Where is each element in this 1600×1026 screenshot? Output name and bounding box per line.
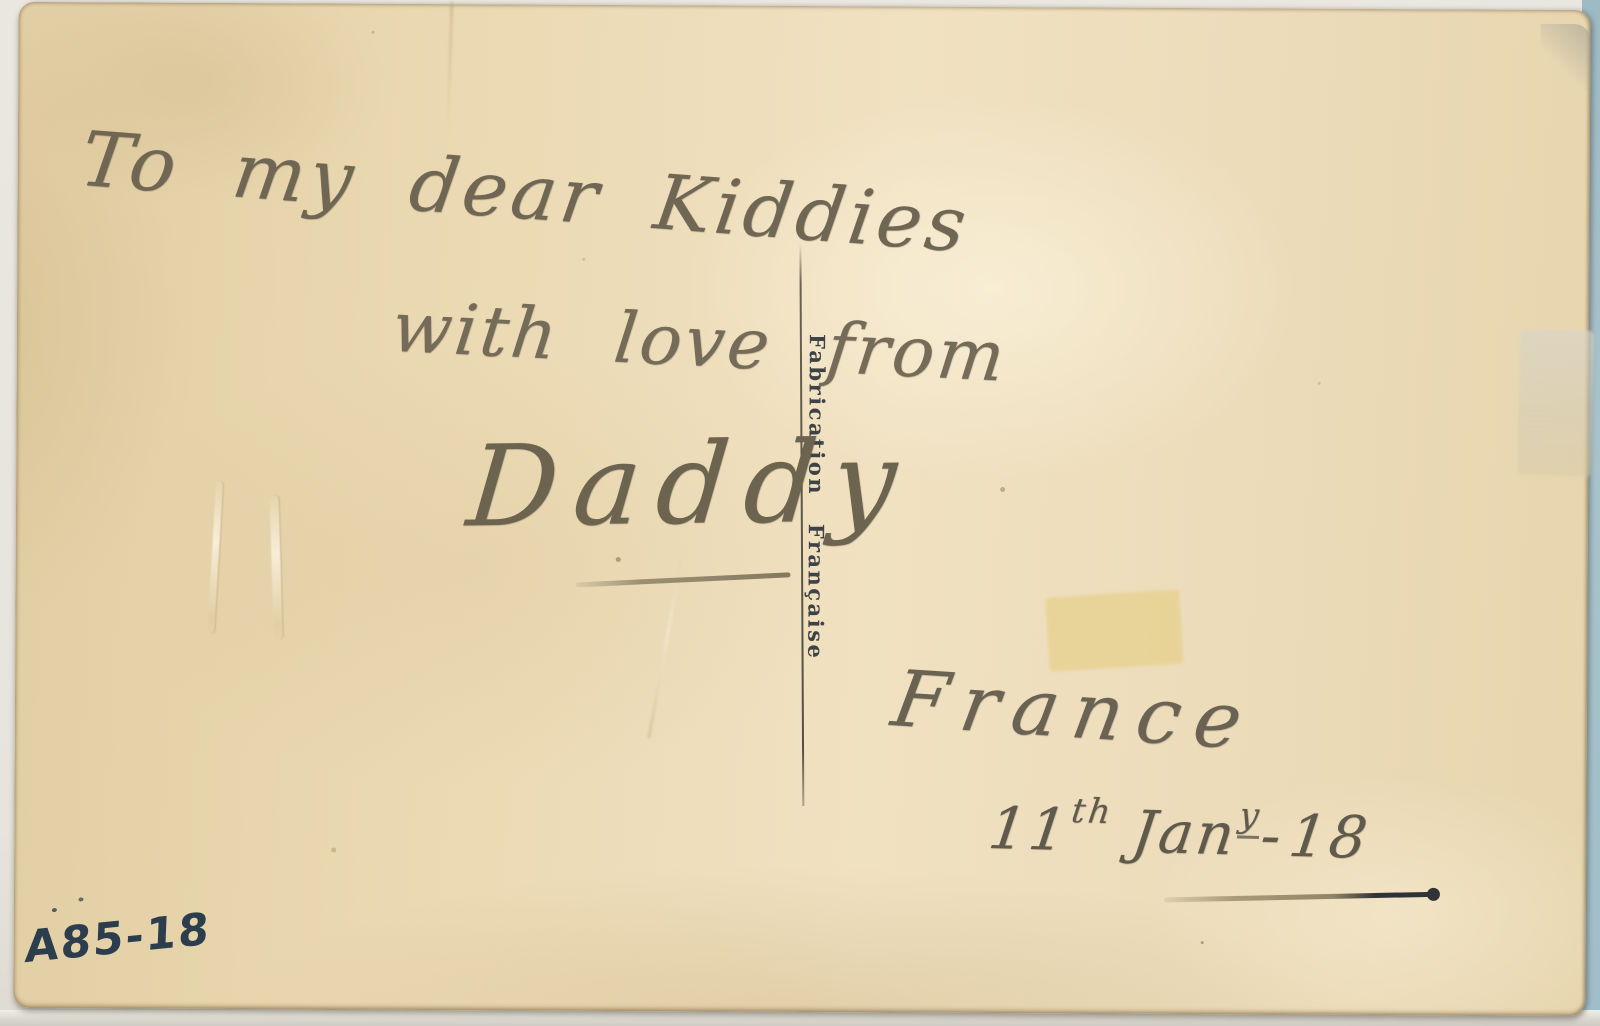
handwritten-date: 11thJany-18 bbox=[985, 789, 1375, 872]
date-day: 11 bbox=[985, 794, 1074, 864]
signature-underline-flourish bbox=[576, 572, 791, 587]
handwritten-message-line-1: To my dear Kiddies bbox=[75, 114, 975, 269]
scratch-mark bbox=[270, 495, 283, 639]
corner-wear-mark bbox=[1540, 24, 1590, 90]
postcard: Fabrication Française To my dear Kiddies… bbox=[13, 2, 1590, 1016]
paper-crease bbox=[647, 562, 682, 738]
paper-crease bbox=[446, 2, 453, 132]
date-month-suffix: y bbox=[1236, 795, 1264, 838]
scratch-mark bbox=[207, 481, 223, 633]
handwritten-message-line-2: with love from bbox=[387, 286, 1011, 398]
tape-remnant bbox=[1517, 329, 1594, 477]
date-year: 18 bbox=[1285, 802, 1374, 872]
signature: Daddy bbox=[462, 417, 917, 553]
scan-background: Fabrication Française To my dear Kiddies… bbox=[0, 0, 1600, 1026]
location-note: France bbox=[886, 655, 1263, 768]
date-underline-flourish bbox=[1164, 892, 1436, 903]
stray-ink-marks bbox=[52, 908, 58, 913]
date-month: Jan bbox=[1128, 798, 1241, 869]
yellow-glue-stain bbox=[1045, 589, 1183, 671]
date-day-suffix: th bbox=[1069, 791, 1116, 832]
catalog-number: A85-18 bbox=[24, 903, 212, 973]
foxing-specks bbox=[616, 557, 621, 562]
